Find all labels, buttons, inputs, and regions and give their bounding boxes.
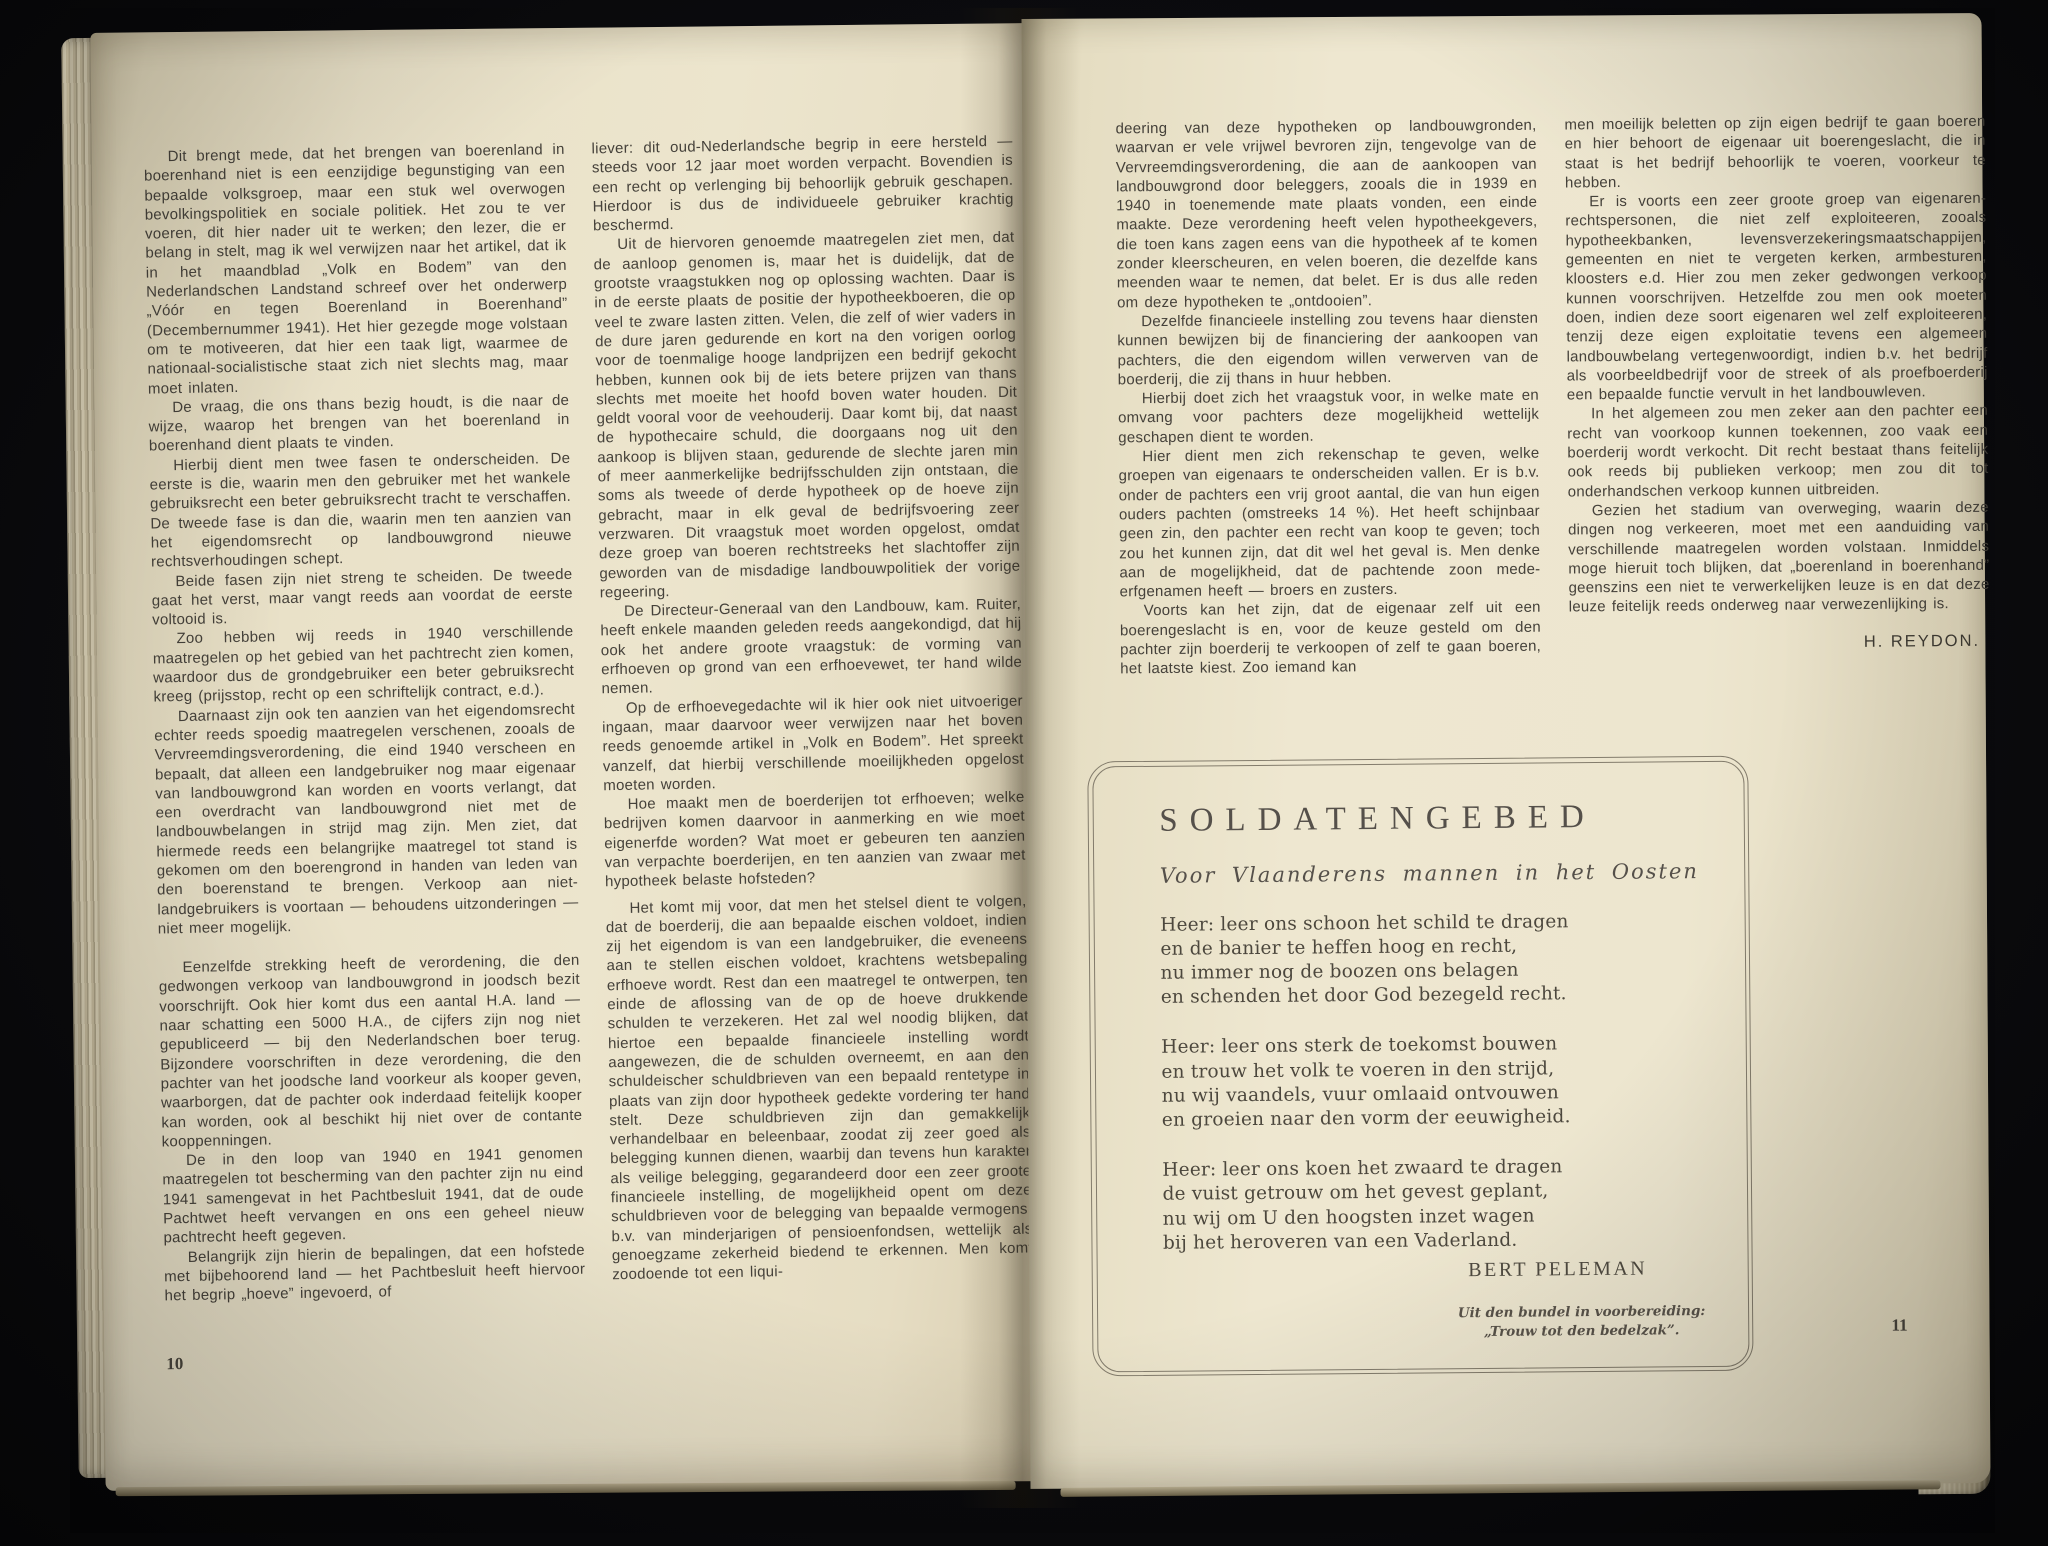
paragraph: De Directeur-Generaal van den Landbouw, … — [600, 595, 1023, 699]
paragraph: De in den loop van 1940 en 1941 genomen … — [162, 1144, 585, 1248]
right-page: deering van deze hypotheken op landbouwg… — [1022, 13, 1991, 1489]
article-signature: H. REYDON. — [1569, 631, 1990, 654]
poem-title: SOLDATENGEBED — [1159, 797, 1713, 839]
poem-line: bij het heroveren van een Vaderland. — [1163, 1227, 1717, 1256]
page-number-right: 11 — [1891, 1316, 1907, 1336]
paragraph: Hierbij dient men twee fasen te ondersch… — [149, 449, 572, 572]
poem-line: en groeien naar den vorm der eeuwigheid. — [1162, 1104, 1716, 1133]
poem-footnote-line: Uit den bundel in voorbereiding: — [1412, 1302, 1752, 1324]
right-page-text: deering van deze hypotheken op landbouwg… — [1021, 12, 1987, 746]
paragraph: In het algemeen zou men zeker aan den pa… — [1567, 401, 1989, 501]
poem-line: en schenden het door God bezegeld recht. — [1161, 981, 1715, 1010]
poem-footnote: Uit den bundel in voorbereiding: „Trouw … — [1412, 1302, 1752, 1343]
paragraph: Eenzelfde strekking heeft de verordening… — [158, 951, 582, 1152]
left-column-1: Dit brengt mede, dat het brengen van boe… — [143, 140, 585, 1306]
poem-box: SOLDATENGEBED Voor Vlaanderens mannen in… — [1087, 756, 1753, 1377]
page-number-left: 10 — [166, 1354, 183, 1374]
paragraph: Het komt mij voor, dat men het stelsel d… — [605, 891, 1033, 1285]
paragraph: liever: dit oud-Nederlandsche begrip in … — [591, 132, 1014, 236]
right-column-2: men moeilijk beletten op zijn eigen bedr… — [1564, 112, 1990, 742]
paragraph: Belangrijk zijn hierin de bepalingen, da… — [164, 1240, 586, 1306]
left-column-2: liever: dit oud-Nederlandsche begrip in … — [591, 132, 1033, 1298]
paragraph: Hier dient men zich rekenschap te geven,… — [1118, 444, 1540, 602]
paragraph: Op de erfhoevegedachte wil ik hier ook n… — [602, 691, 1025, 795]
poem-stanza: Heer: leer ons schoon het schild te drag… — [1160, 908, 1715, 1010]
paragraph: Voorts kan het zijn, dat de eigenaar zel… — [1120, 598, 1542, 679]
paragraph: Beide fasen zijn niet streng te scheiden… — [151, 564, 573, 630]
photo-background: Dit brengt mede, dat het brengen van boe… — [0, 0, 2048, 1546]
paragraph: Er is voorts een zeer groote groep van e… — [1565, 189, 1988, 405]
paragraph: Hoe maakt men de boerderijen tot erfhoev… — [603, 788, 1026, 892]
paragraph: Zoo hebben wij reeds in 1940 verschillen… — [152, 622, 574, 707]
poem-stanza: Heer: leer ons koen het zwaard te dragen… — [1162, 1154, 1717, 1256]
left-page-text: Dit brengt mede, dat het brengen van boe… — [85, 20, 1040, 1307]
poem-box-inner-border: SOLDATENGEBED Voor Vlaanderens mannen in… — [1092, 760, 1749, 1372]
paragraph: Dezelfde financieele instelling zou teve… — [1117, 309, 1539, 390]
left-page: Dit brengt mede, dat het brengen van boe… — [90, 23, 1037, 1491]
poem-stanza: Heer: leer ons sterk de toekomst bouwen … — [1161, 1031, 1716, 1133]
open-book: Dit brengt mede, dat het brengen van boe… — [70, 8, 1995, 1533]
paragraph: Hierbij doet zich het vraagstuk voor, in… — [1118, 386, 1539, 448]
paragraph: men moeilijk beletten op zijn eigen bedr… — [1564, 112, 1986, 193]
right-column-1: deering van deze hypotheken op landbouwg… — [1115, 116, 1541, 746]
paragraph: Daarnaast zijn ook ten aanzien van het e… — [154, 699, 579, 938]
poem-author: BERT PELEMAN — [1468, 1257, 1717, 1282]
paragraph: Dit brengt mede, dat het brengen van boe… — [143, 140, 569, 399]
paragraph: De vraag, die ons thans bezig houdt, is … — [148, 391, 570, 457]
poem-subtitle: Voor Vlaanderens mannen in het Oosten — [1160, 858, 1714, 887]
paragraph: Uit de hiervoren genoemde maatregelen zi… — [593, 228, 1021, 602]
paragraph: deering van deze hypotheken op landbouwg… — [1115, 116, 1538, 313]
paragraph: Gezien het stadium van overweging, waari… — [1568, 498, 1990, 617]
poem-footnote-line: „Trouw tot den bedelzak”. — [1412, 1321, 1752, 1343]
